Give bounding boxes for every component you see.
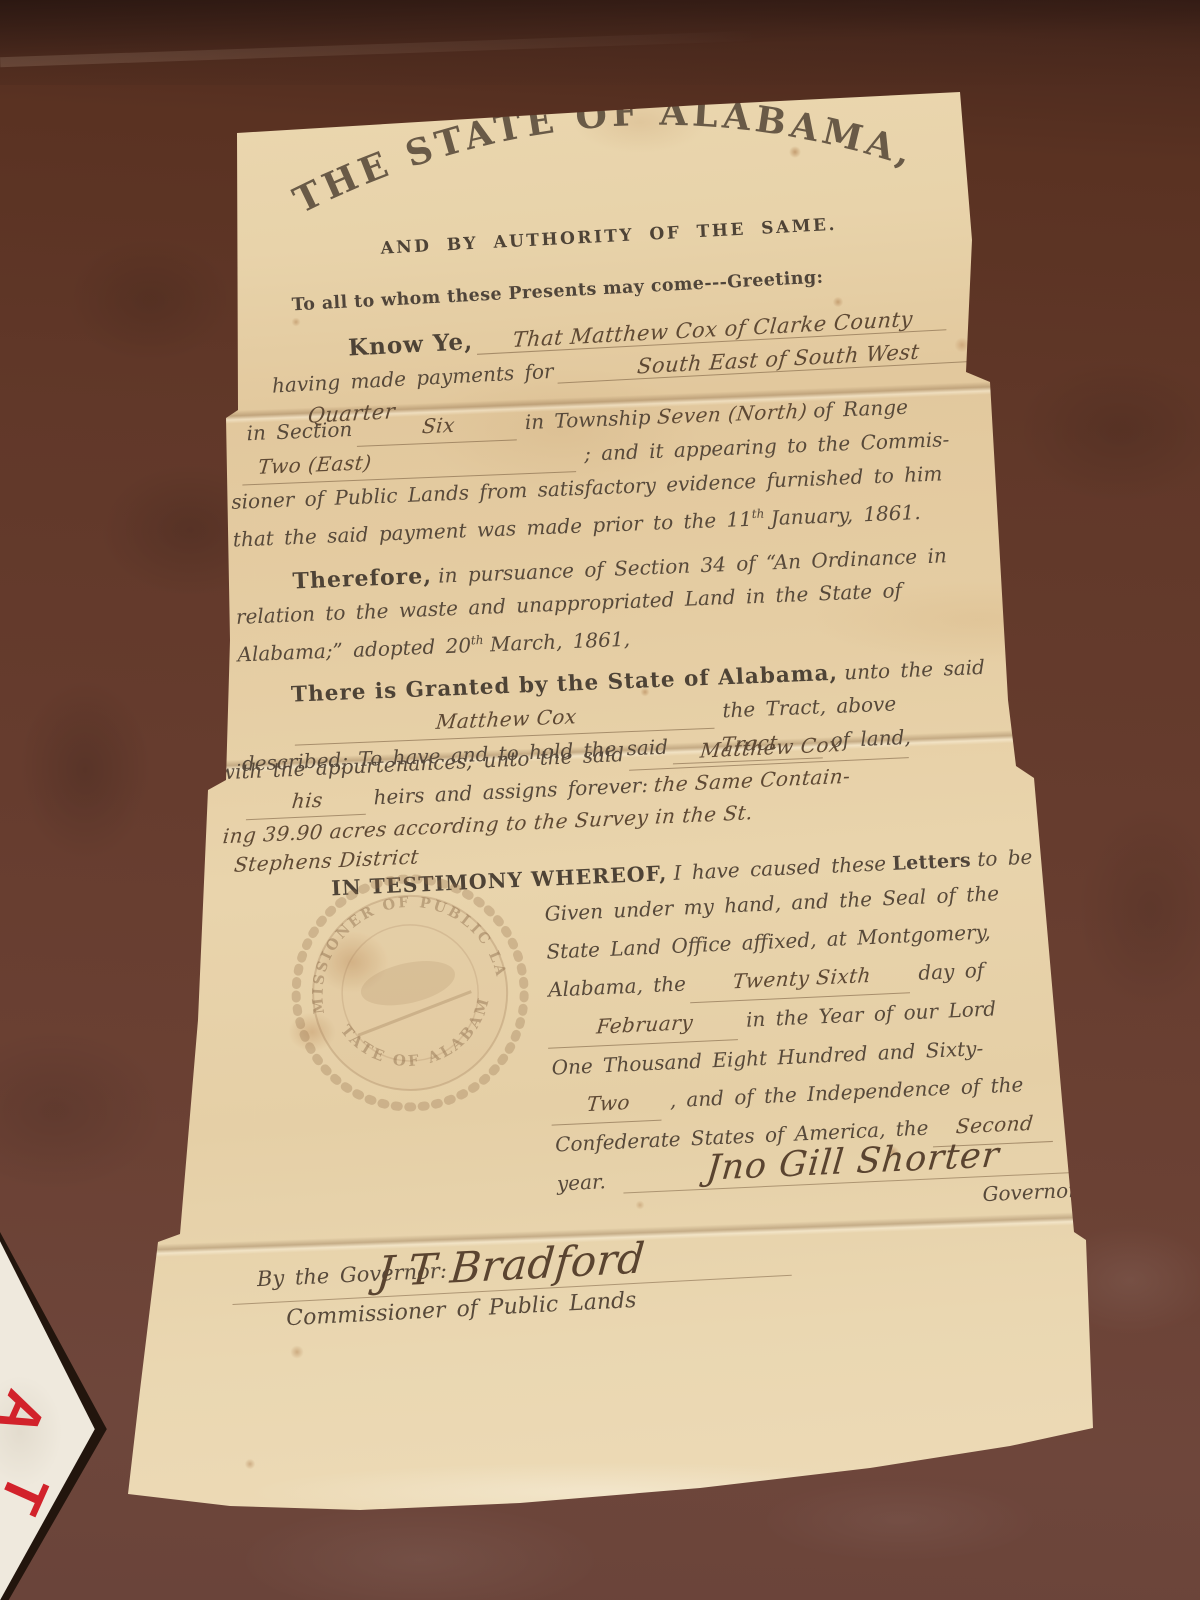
document-panel-testimony: with the appurtenances; unto the said Ma…: [205, 712, 1109, 1296]
state-of-alabama-title: THE STATE OF ALABAMA,: [283, 80, 924, 223]
day-of-printed: day of: [918, 958, 985, 985]
year-of-lord-printed: in the Year of our Lord: [746, 996, 997, 1031]
two-handwriting: Two: [552, 1081, 666, 1125]
photo-of-land-patent: THE STATE OF ALABAMA, AND BY AUTHORITY O…: [0, 0, 1200, 1600]
patent-bold: Patent.: [1104, 840, 1184, 866]
document-panel-header: THE STATE OF ALABAMA, AND BY AUTHORITY O…: [238, 80, 981, 431]
unto-said-printed: unto the said: [844, 655, 986, 685]
know-ye-label: Know Ye,: [347, 328, 473, 362]
tract-above-printed: the Tract, above: [722, 692, 897, 723]
governor-signature: Jno Gill Shorter: [705, 1140, 1001, 1184]
alabama-the-printed: Alabama, the: [548, 971, 687, 1001]
document-paper: THE STATE OF ALABAMA, AND BY AUTHORITY O…: [0, 0, 1200, 1600]
therefore-label: Therefore,: [292, 563, 432, 595]
to-be-made-printed: to be made: [977, 842, 1099, 871]
white-card-face: A T: [0, 1232, 120, 1600]
embossed-state-seal: COMMISSIONER OF PUBLIC LANDS STATE OF AL…: [260, 842, 561, 1143]
card-letter-t: T: [0, 1464, 62, 1524]
card-letter-a: A: [0, 1381, 60, 1447]
svg-text:THE STATE OF ALABAMA,: THE STATE OF ALABAMA,: [283, 80, 924, 223]
therefore-line3: Alabama;” adopted 20: [237, 633, 472, 666]
township-handwriting: Seven (North): [655, 395, 808, 434]
of-range-printed: of Range: [813, 395, 909, 423]
therefore-line3-end: March, 1861,: [489, 626, 630, 656]
payment-date-end: January, 1861.: [770, 500, 921, 530]
adopted-date-ordinal: th: [471, 633, 484, 647]
in-section-printed: in Section: [246, 417, 353, 445]
payment-date-ordinal: th: [751, 507, 764, 521]
payments-printed: having made payments for: [271, 359, 554, 398]
white-card: A T: [0, 1232, 120, 1600]
in-township-printed: in Township: [524, 405, 651, 434]
greeting-line: To all to whom these Presents may come--…: [291, 268, 823, 316]
letters-bold: Letters: [892, 849, 972, 875]
year-printed: year.: [556, 1169, 606, 1195]
governor-title-printed: Governor.: [982, 1178, 1082, 1206]
